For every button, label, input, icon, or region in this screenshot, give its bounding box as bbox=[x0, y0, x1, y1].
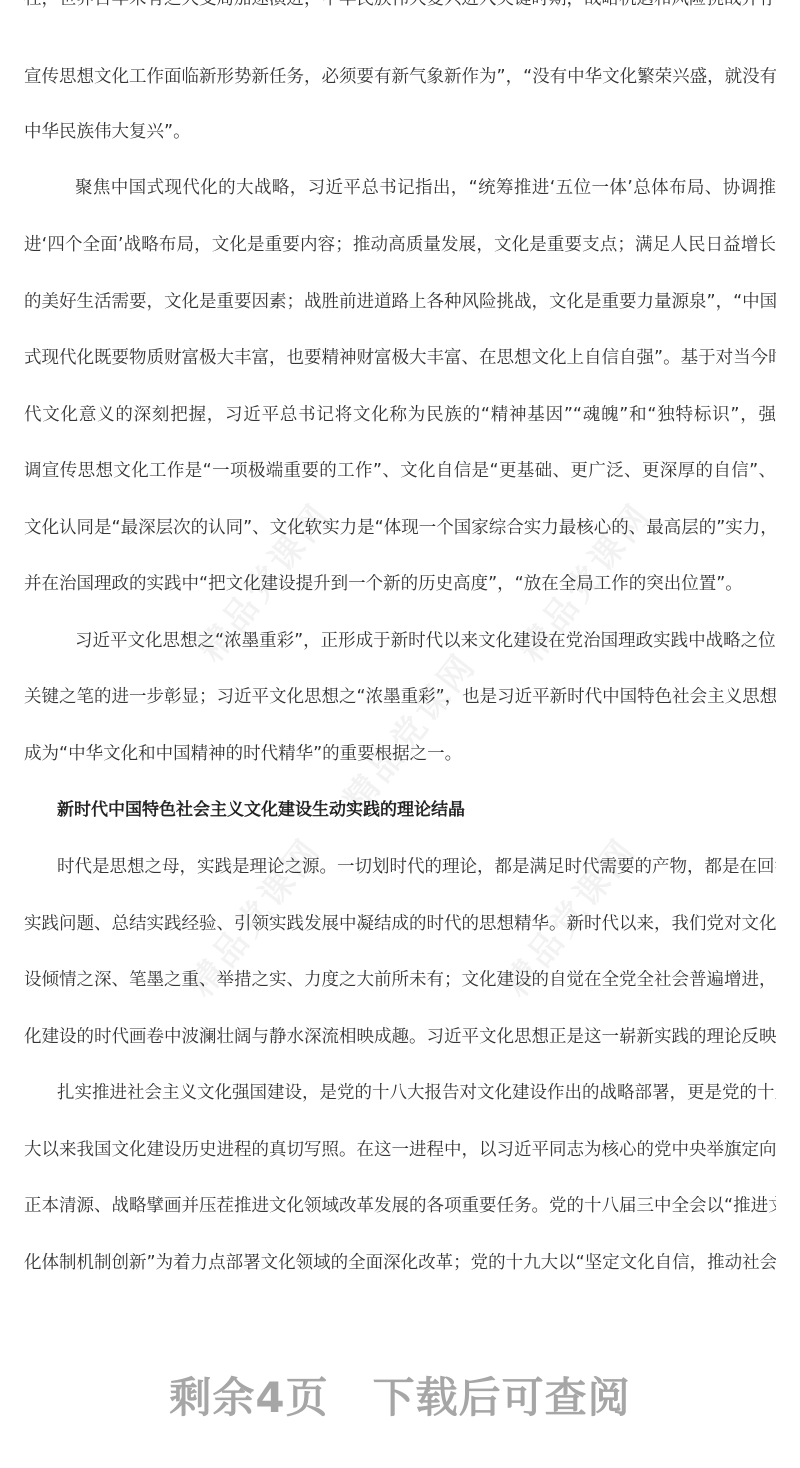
text-line: 并在治国理政的实践中“把文化建设提升到一个新的历史高度”，“放在全局工作的突出位… bbox=[24, 573, 776, 595]
text-line: 代文化意义的深刻把握，习近平总书记将文化称为民族的“精神基因”“魂魄”和“独特标… bbox=[24, 404, 776, 426]
text-line: 设倾情之深、笔墨之重、举措之实、力度之大前所未有；文化建设的自觉在全党全社会普遍… bbox=[24, 969, 776, 991]
text-line: 的美好生活需要，文化是重要因素；战胜前进道路上各种风险挑战，文化是重要力量源泉”… bbox=[24, 291, 776, 313]
section-heading: 新时代中国特色社会主义文化建设生动实践的理论结晶 bbox=[57, 799, 465, 821]
text-line: 时代是思想之母，实践是理论之源。一切划时代的理论，都是满足时代需要的产物，都是在… bbox=[57, 856, 776, 878]
text-line: 正本清源、战略擘画并压茬推进文化领域改革发展的各项重要任务。党的十八届三中全会以… bbox=[24, 1195, 776, 1217]
download-prompt-banner[interactable]: 剩余4页下载后可查阅 bbox=[0, 1365, 800, 1425]
text-line: 成为“中华文化和中国精神的时代精华”的重要根据之一。 bbox=[24, 743, 776, 765]
text-line: 化建设的时代画卷中波澜壮阔与静水深流相映成趣。习近平文化思想正是这一崭新实践的理… bbox=[24, 1026, 776, 1048]
text-line: 式现代化既要物质财富极大丰富，也要精神财富极大丰富、在思想文化上自信自强”。基于… bbox=[24, 347, 776, 369]
text-line: 大以来我国文化建设历史进程的真切写照。在这一进程中，以习近平同志为核心的党中央举… bbox=[24, 1139, 776, 1161]
document-page: 社，世界百年未有之大变局加速演进，中华民族伟大复兴进入关键时期，战略机遇和风险挑… bbox=[0, 0, 800, 1468]
text-line: 调宣传思想文化工作是“一项极端重要的工作”、文化自信是“更基础、更广泛、更深厚的… bbox=[24, 460, 776, 482]
text-line: 聚焦中国式现代化的大战略，习近平总书记指出，“统筹推进‘五位一体’总体布局、协调… bbox=[75, 177, 776, 199]
text-line: 宣传思想文化工作面临新形势新任务，必须要有新气象新作为”，“没有中华文化繁荣兴盛… bbox=[24, 66, 776, 88]
text-line: 扎实推进社会主义文化强国建设，是党的十八大报告对文化建设作出的战略部署，更是党的… bbox=[57, 1082, 776, 1104]
text-line: 文化认同是“最深层次的认同”、文化软实力是“体现一个国家综合实力最核心的、最高层… bbox=[24, 517, 776, 539]
text-line: 进‘四个全面’战略布局，文化是重要内容；推动高质量发展，文化是重要支点；满足人民… bbox=[24, 234, 776, 256]
text-line: 关键之笔的进一步彰显；习近平文化思想之“浓墨重彩”，也是习近平新时代中国特色社会… bbox=[24, 686, 776, 708]
text-line: 中华民族伟大复兴”。 bbox=[24, 121, 776, 143]
download-to-view-label: 下载后可查阅 bbox=[373, 1373, 631, 1422]
text-line: 实践问题、总结实践经验、引领实践发展中凝结成的时代的思想精华。新时代以来，我们党… bbox=[24, 913, 776, 935]
remaining-pages-label: 剩余4页 bbox=[169, 1373, 328, 1422]
text-line: 习近平文化思想之“浓墨重彩”，正形成于新时代以来文化建设在党治国理政实践中战略之… bbox=[75, 630, 776, 652]
watermark: 精品党课网 bbox=[330, 640, 486, 820]
cut-off-text-line: 社，世界百年未有之大变局加速演进，中华民族伟大复兴进入关键时期，战略机遇和风险挑… bbox=[24, 0, 776, 10]
text-line: 化体制机制创新”为着力点部署文化领域的全面深化改革；党的十九大以“坚定文化自信，… bbox=[24, 1252, 776, 1274]
